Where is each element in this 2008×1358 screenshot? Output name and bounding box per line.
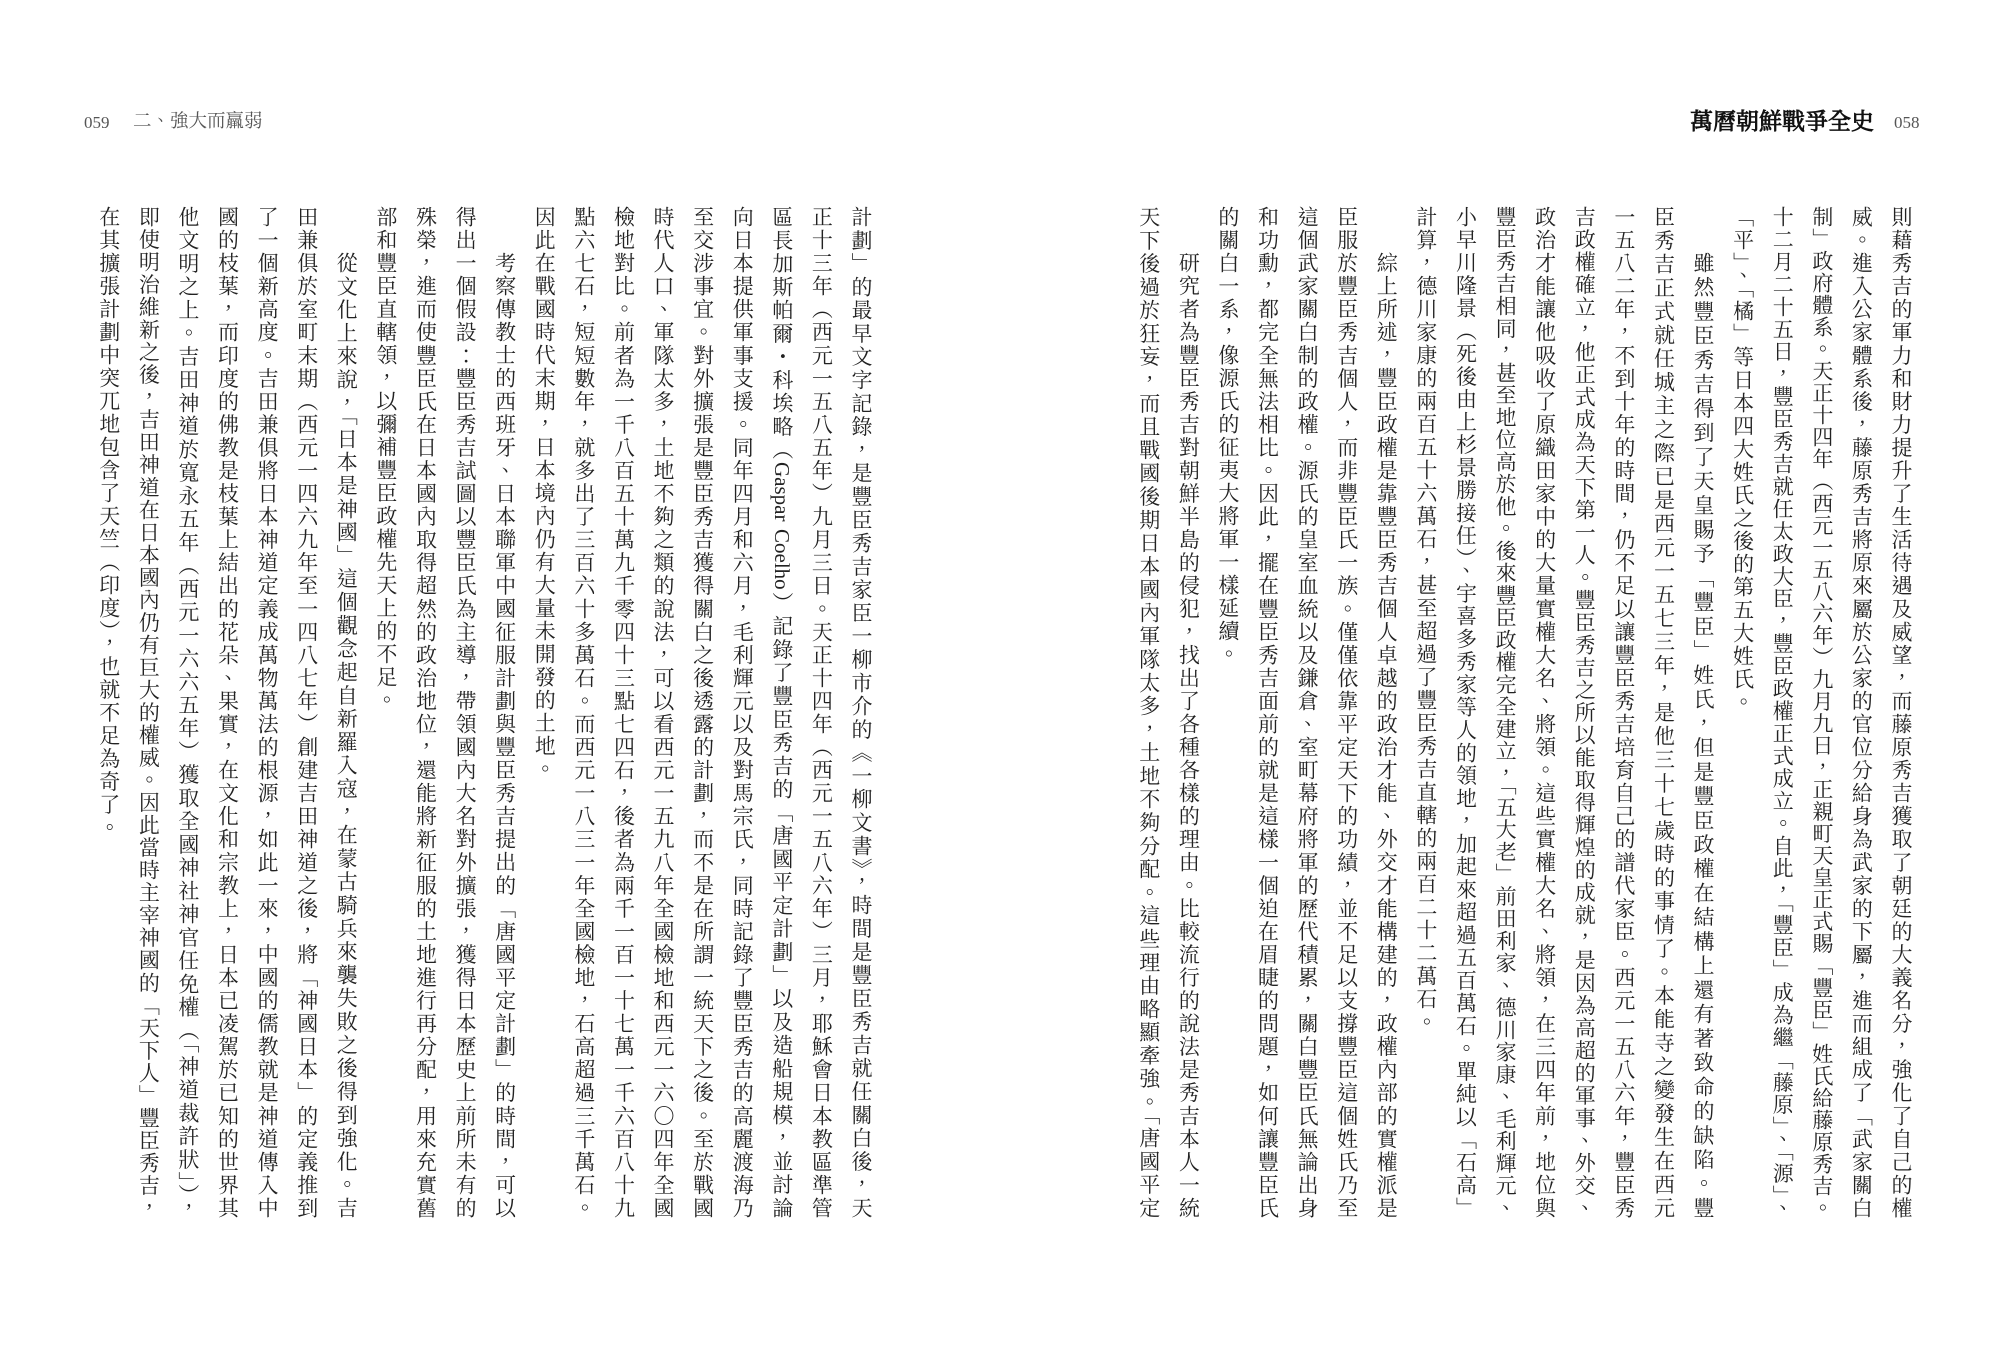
text-column: 時代人口、軍隊太多，土地不夠之類的說法，可以看西元一五九八年全國檢地和西元一六〇… bbox=[642, 206, 682, 1218]
text-column-paragraph-end: 「平」、「橘」等日本四大姓氏之後的第五大姓氏。 bbox=[1722, 206, 1762, 1218]
text-column-paragraph-end: 計算，德川家康的兩百五十六萬石，甚至超過了豐臣秀吉直轄的兩百二十二萬石。 bbox=[1405, 206, 1445, 1218]
text-column-paragraph-start: 研究者為豐臣秀吉對朝鮮半島的侵犯，找出了各種各樣的理由。比較流行的說法是秀吉本人… bbox=[1168, 206, 1208, 1218]
text-column: 吉政權確立，他正式成為天下第一人。豐臣秀吉之所以能取得輝煌的成就，是因為高超的軍… bbox=[1564, 206, 1604, 1218]
text-column: 天下後過於狂妄，而且戰國後期日本國內軍隊太多，土地不夠分配。這些理由略顯牽強。「… bbox=[1128, 206, 1168, 1218]
left-running-head: 二、強大而羸弱 bbox=[133, 110, 263, 134]
text-column-paragraph-end: 在其擴張計劃中突兀地包含了天竺（印度），也就不足為奇了。 bbox=[88, 206, 128, 1218]
text-column: 則藉秀吉的軍力和財力提升了生活待遇及威望，而藤原秀吉獲取了朝廷的大義名分，強化了… bbox=[1880, 206, 1920, 1218]
text-column: 計劃」的最早文字記錄，是豐臣秀吉家臣一柳市介的《一柳文書》，時間是豐臣秀吉就任關… bbox=[840, 206, 880, 1218]
text-column: 一五八二年，不到十年的時間，仍不足以讓豐臣秀吉培育自己的譜代家臣。西元一五八六年… bbox=[1603, 206, 1643, 1218]
text-column: 點六七石，短短數年，就多出了三百六十多萬石。而西元一八三一年全國檢地，石高超過三… bbox=[563, 206, 603, 1218]
text-column-paragraph-start: 從文化上來說，「日本是神國」這個觀念起自新羅入寇，在蒙古騎兵來襲失敗之後得到強化… bbox=[326, 206, 366, 1218]
text-column: 臣秀吉正式就任城主之際已是西元一五七三年，是他三十七歲時的事情了。本能寺之變發生… bbox=[1643, 206, 1683, 1218]
text-column: 得出一個假設：豐臣秀吉試圖以豐臣氏為主導，帶領國內大名對外擴張，獲得日本歷史上前… bbox=[444, 206, 484, 1218]
left-page-number: 059 bbox=[84, 111, 110, 135]
text-column: 和功勳，都完全無法相比。因此，擺在豐臣秀吉面前的就是這樣一個迫在眉睫的問題，如何… bbox=[1247, 206, 1287, 1218]
text-column: 豐臣秀吉相同，甚至地位高於他。後來豐臣政權完全建立，「五大老」前田利家、德川家康… bbox=[1484, 206, 1524, 1218]
text-column: 向日本提供軍事支援。同年四月和六月，毛利輝元以及對馬宗氏，同時記錄了豐臣秀吉的高… bbox=[722, 206, 762, 1218]
text-column: 威。進入公家體系後，藤原秀吉將原來屬於公家的官位分給身為武家的下屬，進而組成了「… bbox=[1841, 206, 1881, 1218]
left-page-body: 計劃」的最早文字記錄，是豐臣秀吉家臣一柳市介的《一柳文書》，時間是豐臣秀吉就任關… bbox=[88, 206, 880, 1218]
text-column: 這個武家關白制的政權。源氏的皇室血統以及鎌倉、室町幕府將軍的歷代積累，關白豐臣氏… bbox=[1287, 206, 1327, 1218]
text-column: 田兼俱於室町末期（西元一四六九年至一四八七年）創建吉田神道之後，將「神國日本」的… bbox=[286, 206, 326, 1218]
text-column-paragraph-start: 雖然豐臣秀吉得到了天皇賜予「豐臣」姓氏，但是豐臣政權在結構上還有著致命的缺陷。豐 bbox=[1682, 206, 1722, 1218]
text-column: 制」政府體系。天正十四年（西元一五八六年）九月九日，正親町天皇正式賜「豐臣」姓氏… bbox=[1801, 206, 1841, 1218]
text-column: 他文明之上。吉田神道於寬永五年（西元一六六五年）獲取全國神社神官任免權（「神道裁… bbox=[167, 206, 207, 1218]
text-column: 至交涉事宜。對外擴張是豐臣秀吉獲得關白之後透露的計劃，而不是在所謂一統天下之後。… bbox=[682, 206, 722, 1218]
right-running-head: 萬曆朝鮮戰爭全史 bbox=[1690, 109, 1874, 135]
text-column-paragraph-start: 綜上所述，豐臣政權是靠豐臣秀吉個人卓越的政治才能、外交才能構建的，政權內部的實權… bbox=[1366, 206, 1406, 1218]
text-column: 了一個新高度。吉田兼俱將日本神道定義成萬物萬法的根源，如此一來，中國的儒教就是神… bbox=[247, 206, 287, 1218]
text-column-paragraph-end: 因此在戰國時代末期，日本境內仍有大量未開發的土地。 bbox=[524, 206, 564, 1218]
text-column-paragraph-end: 部和豐臣直轄領，以彌補豐臣政權先天上的不足。 bbox=[365, 206, 405, 1218]
text-column-paragraph-end: 的關白一系，像源氏的征夷大將軍一樣延續。 bbox=[1207, 206, 1247, 1218]
text-column: 即使明治維新之後，吉田神道在日本國內仍有巨大的權威。因此當時主宰神國的「天下人」… bbox=[128, 206, 168, 1218]
text-column: 區長加斯帕爾・科埃略（Gaspar Coelho）記錄了豐臣秀吉的「唐國平定計劃… bbox=[761, 206, 801, 1218]
text-column: 十二月二十五日，豐臣秀吉就任太政大臣，豐臣政權正式成立。自此，「豐臣」成為繼「藤… bbox=[1762, 206, 1802, 1218]
right-page-number: 058 bbox=[1894, 111, 1920, 135]
text-column-paragraph-start: 考察傳教士的西班牙、日本聯軍中國征服計劃與豐臣秀吉提出的「唐國平定計劃」的時間，… bbox=[484, 206, 524, 1218]
text-column: 小早川隆景（死後由上杉景勝接任）、宇喜多秀家等人的領地，加起來超過五百萬石。單純… bbox=[1445, 206, 1485, 1218]
text-column: 國的枝葉，而印度的佛教是枝葉上結出的花朵、果實，在文化和宗教上，日本已凌駕於已知… bbox=[207, 206, 247, 1218]
text-column: 殊榮，進而使豐臣氏在日本國內取得超然的政治地位，還能將新征服的土地進行再分配，用… bbox=[405, 206, 445, 1218]
text-column: 臣服於豐臣秀吉個人，而非豐臣氏一族。僅僅依靠平定天下的功績，並不足以支撐豐臣這個… bbox=[1326, 206, 1366, 1218]
right-page-body: 則藉秀吉的軍力和財力提升了生活待遇及威望，而藤原秀吉獲取了朝廷的大義名分，強化了… bbox=[1128, 206, 1920, 1218]
text-column: 檢地對比。前者為一千八百五十萬九千零四十三點七四石，後者為兩千一百一十七萬一千六… bbox=[603, 206, 643, 1218]
text-column: 政治才能讓他吸收了原織田家中的大量實權大名、將領。這些實權大名、將領，在三四年前… bbox=[1524, 206, 1564, 1218]
text-column: 正十三年（西元一五八五年）九月三日。天正十四年（西元一五八六年）三月，耶穌會日本… bbox=[801, 206, 841, 1218]
